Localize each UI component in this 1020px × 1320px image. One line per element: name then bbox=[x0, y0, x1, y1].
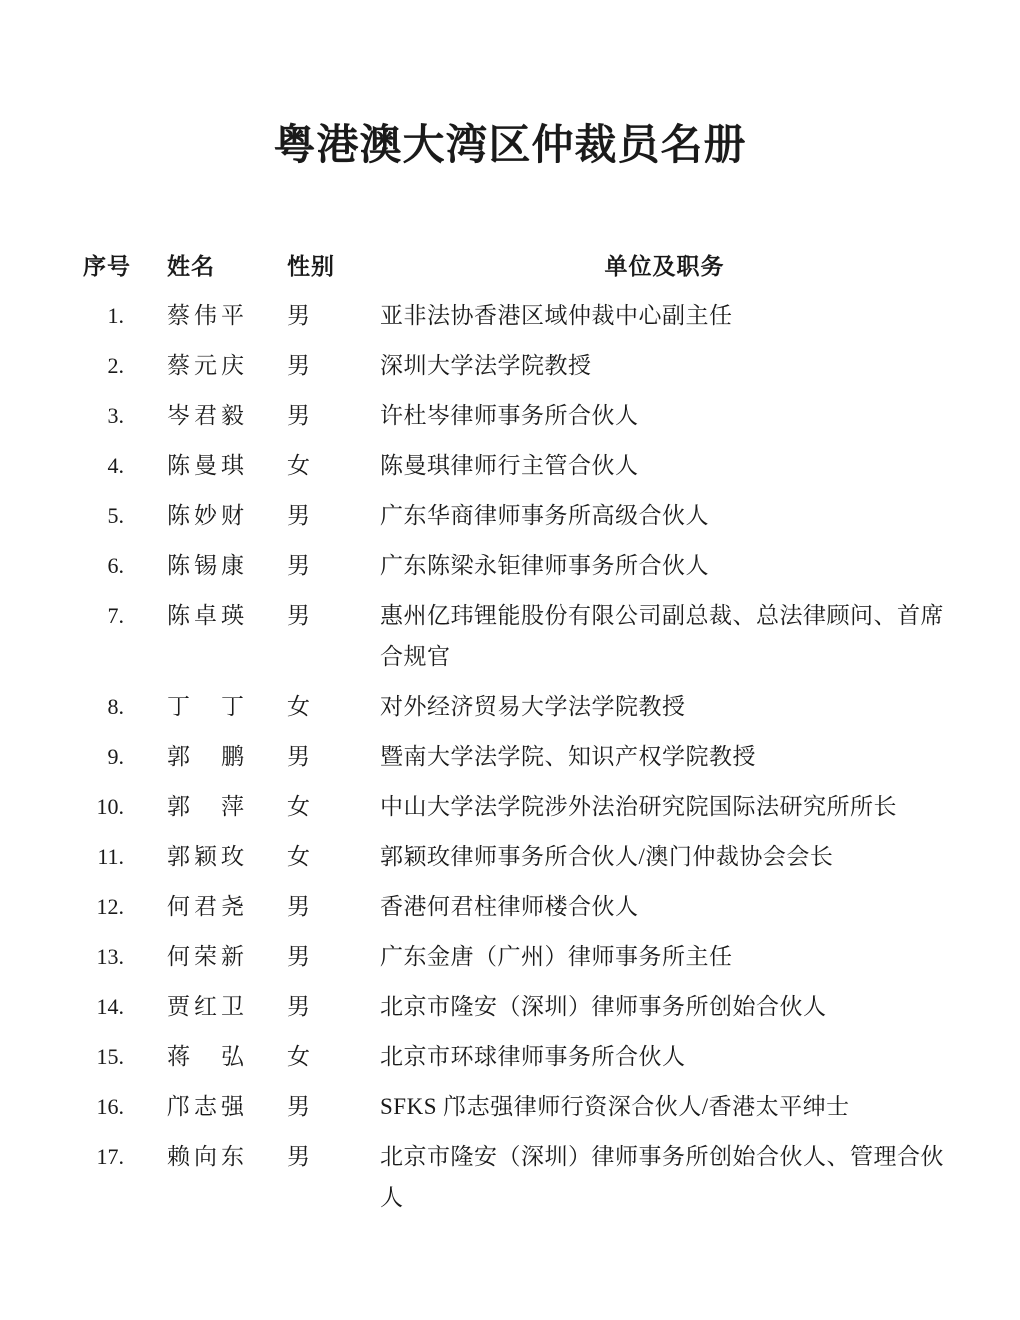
row-gender: 男 bbox=[287, 295, 380, 336]
row-name: 贾红卫 bbox=[167, 986, 287, 1027]
row-name: 岑君毅 bbox=[167, 395, 287, 436]
row-name: 蔡元庆 bbox=[167, 345, 287, 386]
row-name: 郭 萍 bbox=[167, 786, 287, 827]
table-row: 11. 郭颖玫 女 郭颖玫律师事务所合伙人/澳门仲裁协会会长 bbox=[83, 836, 949, 877]
table-row: 13. 何荣新 男 广东金唐（广州）律师事务所主任 bbox=[83, 936, 949, 977]
row-gender: 男 bbox=[287, 1136, 380, 1218]
row-unit-title: 陈曼琪律师行主管合伙人 bbox=[380, 445, 949, 486]
row-unit-title: 郭颖玫律师事务所合伙人/澳门仲裁协会会长 bbox=[380, 836, 949, 877]
table-row: 7. 陈卓瑛 男 惠州亿玮锂能股份有限公司副总裁、总法律顾问、首席合规官 bbox=[83, 595, 949, 677]
row-index: 5. bbox=[83, 495, 167, 536]
row-index: 16. bbox=[83, 1086, 167, 1127]
row-gender: 男 bbox=[287, 886, 380, 927]
row-gender: 女 bbox=[287, 836, 380, 877]
row-gender: 男 bbox=[287, 595, 380, 677]
row-index: 13. bbox=[83, 936, 167, 977]
row-index: 6. bbox=[83, 545, 167, 586]
column-header-gender: 性别 bbox=[287, 246, 380, 287]
row-unit-title: 中山大学法学院涉外法治研究院国际法研究所所长 bbox=[380, 786, 949, 827]
row-gender: 男 bbox=[287, 736, 380, 777]
row-index: 4. bbox=[83, 445, 167, 486]
row-name: 邝志强 bbox=[167, 1086, 287, 1127]
row-unit-title: 广东华商律师事务所高级合伙人 bbox=[380, 495, 949, 536]
row-index: 1. bbox=[83, 295, 167, 336]
row-index: 14. bbox=[83, 986, 167, 1027]
row-unit-title: SFKS 邝志强律师行资深合伙人/香港太平绅士 bbox=[380, 1086, 949, 1127]
row-gender: 男 bbox=[287, 1086, 380, 1127]
table-row: 10. 郭 萍 女 中山大学法学院涉外法治研究院国际法研究所所长 bbox=[83, 786, 949, 827]
row-index: 17. bbox=[83, 1136, 167, 1218]
column-header-index: 序号 bbox=[83, 246, 167, 287]
table-row: 1. 蔡伟平 男 亚非法协香港区域仲裁中心副主任 bbox=[83, 295, 949, 336]
row-unit-title: 北京市隆安（深圳）律师事务所创始合伙人、管理合伙人 bbox=[380, 1136, 949, 1218]
table-row: 2. 蔡元庆 男 深圳大学法学院教授 bbox=[83, 345, 949, 386]
row-index: 11. bbox=[83, 836, 167, 877]
row-gender: 女 bbox=[287, 1036, 380, 1077]
document-title: 粤港澳大湾区仲裁员名册 bbox=[0, 112, 1020, 172]
row-index: 3. bbox=[83, 395, 167, 436]
row-gender: 男 bbox=[287, 986, 380, 1027]
row-unit-title: 对外经济贸易大学法学院教授 bbox=[380, 686, 949, 727]
table-header-row: 序号 姓名 性别 单位及职务 bbox=[83, 246, 949, 287]
column-header-name: 姓名 bbox=[167, 246, 287, 287]
table-row: 3. 岑君毅 男 许杜岑律师事务所合伙人 bbox=[83, 395, 949, 436]
row-name: 陈卓瑛 bbox=[167, 595, 287, 677]
table-row: 8. 丁 丁 女 对外经济贸易大学法学院教授 bbox=[83, 686, 949, 727]
row-index: 10. bbox=[83, 786, 167, 827]
roster-table-body: 1. 蔡伟平 男 亚非法协香港区域仲裁中心副主任 2. 蔡元庆 男 深圳大学法学… bbox=[83, 295, 949, 1218]
row-name: 陈锡康 bbox=[167, 545, 287, 586]
row-name: 蒋 弘 bbox=[167, 1036, 287, 1077]
row-index: 9. bbox=[83, 736, 167, 777]
row-unit-title: 广东金唐（广州）律师事务所主任 bbox=[380, 936, 949, 977]
row-unit-title: 北京市环球律师事务所合伙人 bbox=[380, 1036, 949, 1077]
row-gender: 男 bbox=[287, 395, 380, 436]
row-name: 陈曼琪 bbox=[167, 445, 287, 486]
row-name: 赖向东 bbox=[167, 1136, 287, 1218]
row-index: 7. bbox=[83, 595, 167, 677]
row-gender: 女 bbox=[287, 686, 380, 727]
row-unit-title: 广东陈梁永钜律师事务所合伙人 bbox=[380, 545, 949, 586]
table-row: 9. 郭 鹏 男 暨南大学法学院、知识产权学院教授 bbox=[83, 736, 949, 777]
row-index: 8. bbox=[83, 686, 167, 727]
row-index: 12. bbox=[83, 886, 167, 927]
row-name: 何荣新 bbox=[167, 936, 287, 977]
row-name: 陈妙财 bbox=[167, 495, 287, 536]
roster-table: 序号 姓名 性别 单位及职务 1. 蔡伟平 男 亚非法协香港区域仲裁中心副主任 … bbox=[83, 246, 949, 1227]
row-unit-title: 惠州亿玮锂能股份有限公司副总裁、总法律顾问、首席合规官 bbox=[380, 595, 949, 677]
table-row: 15. 蒋 弘 女 北京市环球律师事务所合伙人 bbox=[83, 1036, 949, 1077]
row-name: 蔡伟平 bbox=[167, 295, 287, 336]
row-unit-title: 亚非法协香港区域仲裁中心副主任 bbox=[380, 295, 949, 336]
table-row: 6. 陈锡康 男 广东陈梁永钜律师事务所合伙人 bbox=[83, 545, 949, 586]
table-row: 12. 何君尧 男 香港何君柱律师楼合伙人 bbox=[83, 886, 949, 927]
table-row: 16. 邝志强 男 SFKS 邝志强律师行资深合伙人/香港太平绅士 bbox=[83, 1086, 949, 1127]
row-unit-title: 深圳大学法学院教授 bbox=[380, 345, 949, 386]
row-unit-title: 暨南大学法学院、知识产权学院教授 bbox=[380, 736, 949, 777]
row-unit-title: 北京市隆安（深圳）律师事务所创始合伙人 bbox=[380, 986, 949, 1027]
row-name: 何君尧 bbox=[167, 886, 287, 927]
row-index: 2. bbox=[83, 345, 167, 386]
document-page: 粤港澳大湾区仲裁员名册 序号 姓名 性别 单位及职务 1. 蔡伟平 男 亚非法协… bbox=[0, 0, 1020, 1320]
row-gender: 男 bbox=[287, 495, 380, 536]
row-unit-title: 许杜岑律师事务所合伙人 bbox=[380, 395, 949, 436]
row-name: 丁 丁 bbox=[167, 686, 287, 727]
row-gender: 男 bbox=[287, 545, 380, 586]
table-row: 14. 贾红卫 男 北京市隆安（深圳）律师事务所创始合伙人 bbox=[83, 986, 949, 1027]
row-name: 郭 鹏 bbox=[167, 736, 287, 777]
row-gender: 女 bbox=[287, 786, 380, 827]
column-header-unit: 单位及职务 bbox=[380, 246, 949, 287]
table-row: 5. 陈妙财 男 广东华商律师事务所高级合伙人 bbox=[83, 495, 949, 536]
table-row: 17. 赖向东 男 北京市隆安（深圳）律师事务所创始合伙人、管理合伙人 bbox=[83, 1136, 949, 1218]
row-gender: 女 bbox=[287, 445, 380, 486]
row-unit-title: 香港何君柱律师楼合伙人 bbox=[380, 886, 949, 927]
row-gender: 男 bbox=[287, 345, 380, 386]
table-row: 4. 陈曼琪 女 陈曼琪律师行主管合伙人 bbox=[83, 445, 949, 486]
row-gender: 男 bbox=[287, 936, 380, 977]
row-name: 郭颖玫 bbox=[167, 836, 287, 877]
row-index: 15. bbox=[83, 1036, 167, 1077]
